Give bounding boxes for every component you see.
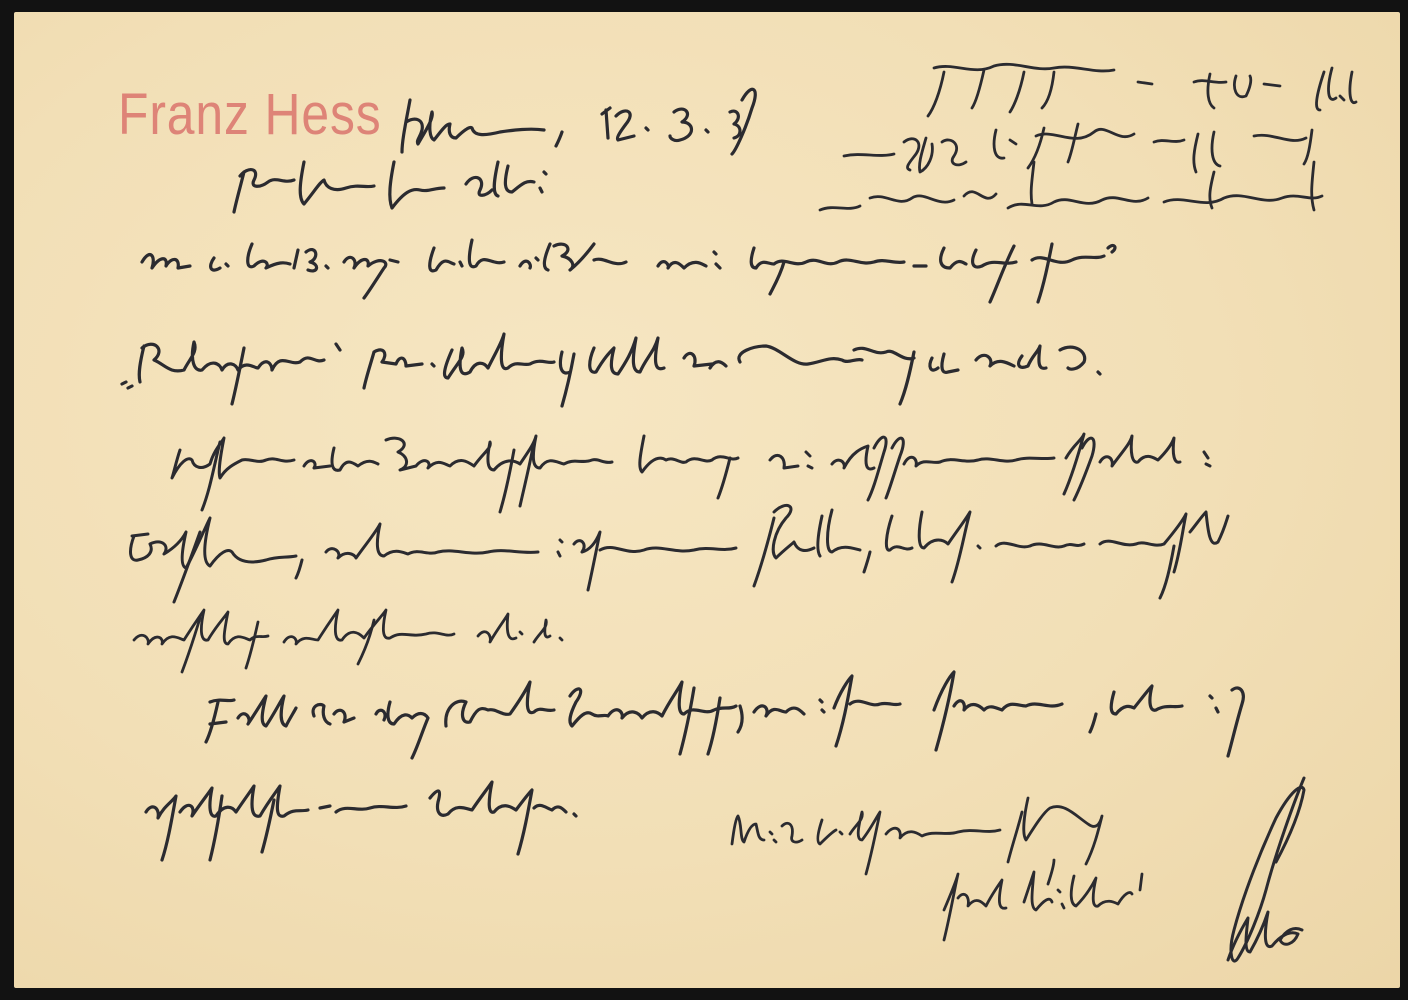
body-line-1-ink [142,240,1115,302]
body-line-3-ink [172,434,1210,512]
heading-region [394,92,754,162]
closing-region [714,772,1334,972]
body-line-7-ink [146,782,576,860]
body-line-6-ink [206,672,1243,758]
upside-down-note-region [814,52,1374,222]
postcard: Franz Hess München, 12.3.38 Postscript l… [14,12,1400,988]
salutation-ink [234,162,546,212]
body-line-5-ink [134,610,562,672]
body-line-4-ink [131,505,1228,602]
body-line-2-ink [122,334,1100,406]
